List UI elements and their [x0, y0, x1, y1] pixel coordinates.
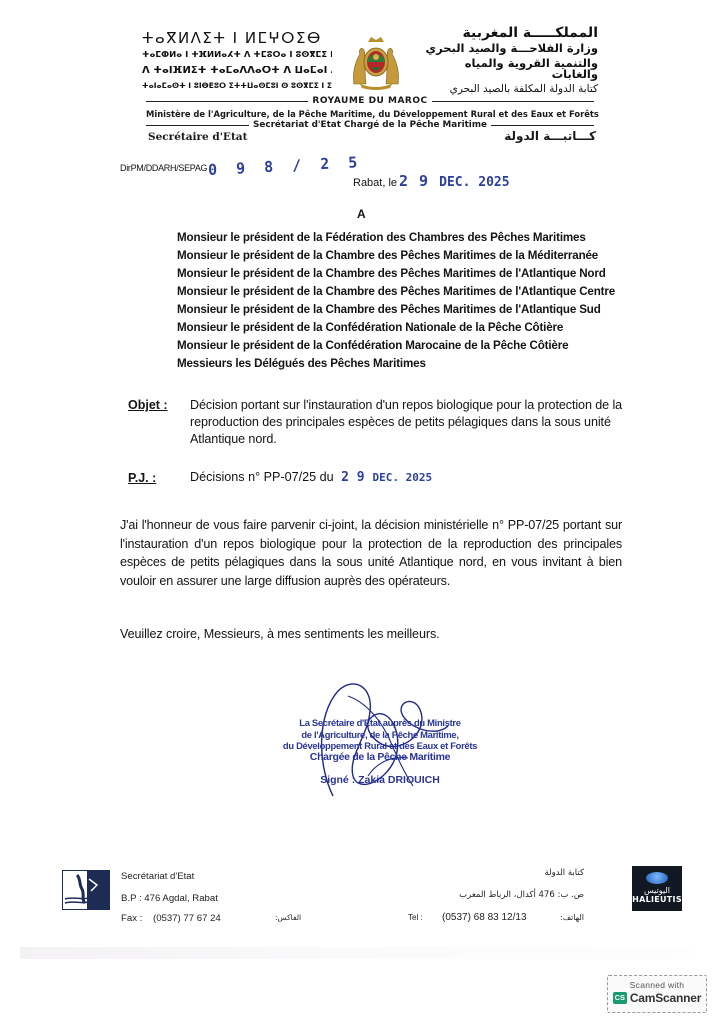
tel-value: (0537) 68 83 12/13: [442, 912, 527, 923]
tel-label-ar: الهاتف:: [560, 913, 584, 922]
date-place: Rabat, le: [353, 177, 397, 189]
tifinagh-header: ⵜⴰⴳⵍⴷⵉⵜ ⵏ ⵍⵎⵖⵔⵉⴱ ⵜⴰⵎⵀⵍⴰ ⵏ ⵜⴼⵍⵍⴰⵃⵜ ⴷ ⵜⵎⵓⵔ…: [142, 31, 332, 89]
recipient-item: Monsieur le président de la Chambre des …: [177, 247, 615, 265]
arabic-line-1: المملكـــــة المغربية: [418, 26, 598, 40]
tifinagh-line-2: ⵜⴰⵎⵀⵍⴰ ⵏ ⵜⴼⵍⵍⴰⵃⵜ ⴷ ⵜⵎⵓⵔⴰ ⵏ ⵓⵙⴳⵎⵉ ⵏ ⵉⵙⵍⵎⴰ…: [142, 51, 332, 60]
ministry-logo-icon: [62, 870, 110, 910]
divider: [146, 125, 249, 126]
recipient-item: Monsieur le président de la Confédératio…: [177, 337, 615, 355]
date-month-year: DEC. 2025: [439, 175, 509, 190]
camscanner-logo-icon: CS: [613, 992, 627, 1004]
tel-label: Tel :: [408, 913, 423, 922]
footer-org-name: Secrétariat d'Etat: [121, 871, 194, 882]
scan-bleed-artifact: [20, 947, 690, 959]
recipient-item: Monsieur le président de la Chambre des …: [177, 265, 615, 283]
recipient-item: Monsieur le président de la Confédératio…: [177, 319, 615, 337]
addressee-heading: A: [357, 207, 366, 221]
fax-label-ar: الفاكس:: [275, 913, 301, 922]
recipient-item: Monsieur le président de la Fédération d…: [177, 229, 615, 247]
pj-date-stamp: 2 9 DEC. 2025: [341, 470, 432, 485]
tifinagh-line-4: ⵜⴰⵏⴰⵎⴰⵙⵜ ⵏ ⵓⵏⴱⴹⵓⵔ ⵉⵜⵜⵡⴰⵙⵎⵓⵏ ⵙ ⵓⵙⴳⵎⵉ ⵏ ⵉⵙ…: [142, 82, 332, 90]
reference-number-stamp: 0 9 8 / 2 5: [208, 153, 363, 179]
scanned-with-text: Scanned with: [608, 980, 706, 990]
footer-address: B.P : 476 Agdal, Rabat: [121, 893, 218, 904]
recipient-list: Monsieur le président de la Fédération d…: [177, 229, 615, 373]
tifinagh-line-1: ⵜⴰⴳⵍⴷⵉⵜ ⵏ ⵍⵎⵖⵔⵉⴱ: [142, 31, 332, 46]
signature-line: de l'Agriculture, de la Pêche Maritime,: [270, 729, 490, 741]
secretaire-etat-fr: Secrétaire d'Etat: [148, 131, 247, 143]
recipient-item: Monsieur le président de la Chambre des …: [177, 301, 615, 319]
fax-label: Fax :: [121, 913, 142, 924]
fax-value: (0537) 77 67 24: [153, 913, 221, 924]
halieutis-arabic: اليوتيس: [632, 886, 682, 895]
closing-formula: Veuillez croire, Messieurs, à mes sentim…: [120, 627, 440, 641]
body-paragraph: J'ai l'honneur de vous faire parvenir ci…: [120, 516, 622, 590]
recipient-item: Monsieur le président de la Chambre des …: [177, 283, 615, 301]
footer-org-name-ar: كتابة الدولة: [545, 868, 585, 878]
date-day: 2 9: [399, 172, 429, 190]
halieutis-logo-icon: اليوتيس HALIEUTIS: [632, 866, 682, 911]
tifinagh-line-3: ⴷ ⵜⴰⵏⴼⵍⵉⵜ ⵜⴰⵎⴰⴷⴷⴰⵔⵜ ⴷ ⵡⴰⵎⴰⵏ ⴷ ⵜⴰⴳⴰⵏⵉⵏ: [142, 66, 332, 76]
pj-description: Décisions n° PP-07/25 du: [190, 470, 334, 484]
divider: [491, 125, 594, 126]
camscanner-watermark: Scanned with CS CamScanner: [607, 975, 707, 1013]
signature-line: La Secrétaire d'Etat auprès du Ministre: [270, 717, 490, 729]
recipient-item: Messieurs les Délégués des Pêches Mariti…: [177, 355, 615, 373]
date-stamp: 2 9 DEC. 2025: [399, 172, 510, 190]
arabic-line-3: والتنمية القروية والمياه والغابات: [418, 58, 598, 81]
royaume-text: ROYAUME DU MAROC: [308, 96, 431, 106]
signature-block: La Secrétaire d'Etat auprès du Ministre …: [270, 717, 490, 763]
pj-date-day: 2 9: [341, 470, 364, 485]
globe-icon: [646, 872, 668, 884]
footer-address-ar: ص. ب: 476 أكدال، الرباط المغرب: [459, 890, 584, 900]
footer-fax: Fax : (0537) 77 67 24: [121, 913, 221, 924]
objet-label: Objet :: [128, 398, 168, 412]
halieutis-latin: HALIEUTIS: [632, 895, 682, 905]
signature-line: Chargée de la Pêche Maritime: [270, 752, 490, 764]
ministere-text: Ministère de l'Agriculture, de la Pêche …: [146, 109, 594, 119]
arabic-line-2: وزارة الفلاحـــة والصيد البحري: [418, 43, 598, 55]
pj-text: Décisions n° PP-07/25 du 2 9 DEC. 2025: [190, 470, 432, 485]
signature-line: du Développement Rural et des Eaux et Fo…: [270, 740, 490, 752]
divider: [432, 101, 594, 102]
secretaire-etat-ar: كـــاتبـــة الدولة: [504, 129, 596, 143]
pj-date-month-year: DEC. 2025: [372, 471, 432, 484]
arabic-header: المملكـــــة المغربية وزارة الفلاحـــة و…: [418, 26, 598, 94]
arabic-line-4: كتابة الدولة المكلفة بالصيد البحري: [418, 84, 598, 95]
secretariat-text: Secrétariat d'Etat Chargé de la Pêche Ma…: [249, 120, 491, 130]
divider: [146, 101, 308, 102]
coat-of-arms-icon: [350, 34, 402, 90]
objet-text: Décision portant sur l'instauration d'un…: [190, 397, 630, 448]
camscanner-brand: CamScanner: [630, 991, 701, 1005]
signatory-name: Signé : Zakia DRIOUICH: [280, 774, 480, 786]
reference-code: DirPM/DDARH/SEPAG: [120, 163, 207, 173]
royaume-line: ROYAUME DU MAROC: [146, 96, 594, 106]
pj-label: P.J. :: [128, 471, 156, 485]
